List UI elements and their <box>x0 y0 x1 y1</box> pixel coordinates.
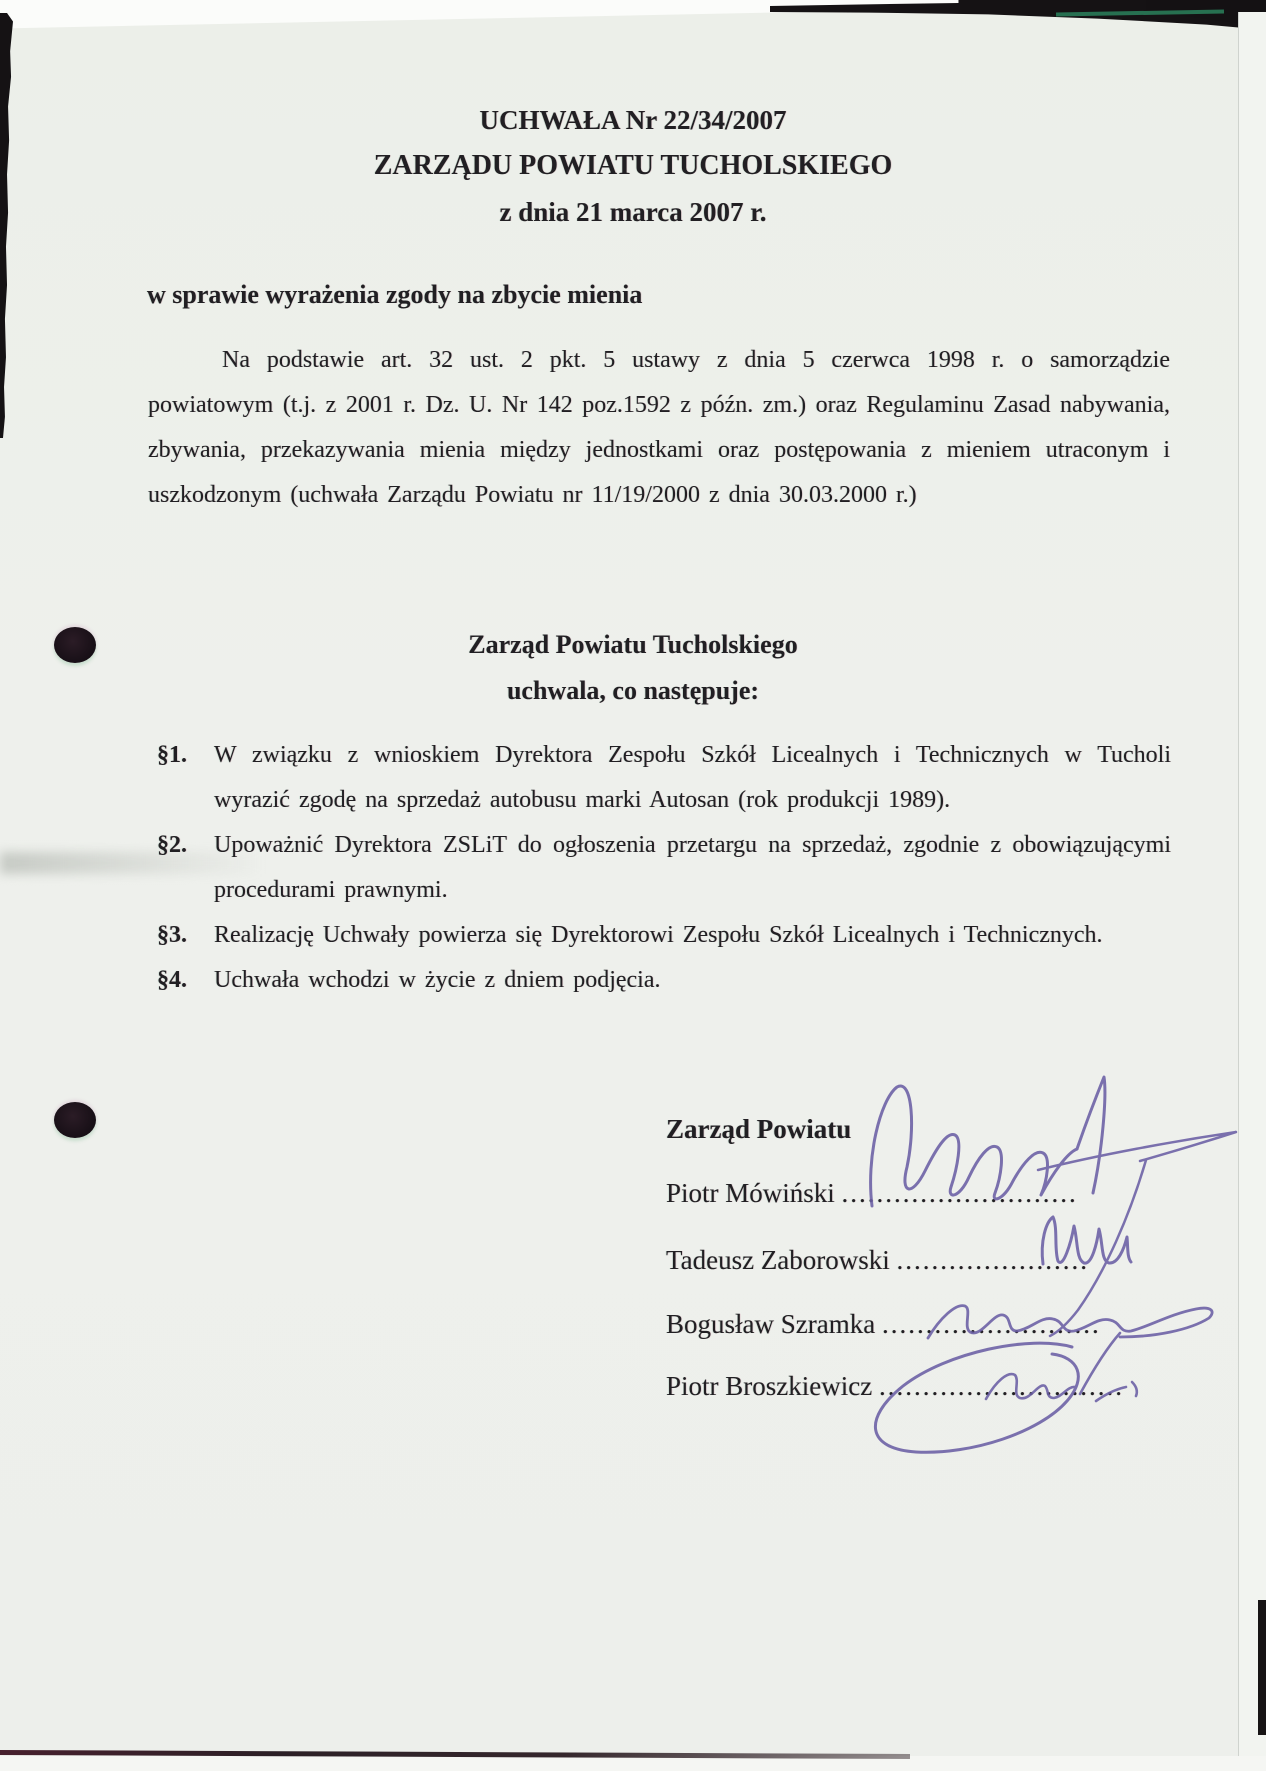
signer-name: Tadeusz Zaborowski <box>666 1245 890 1275</box>
signature-block: Zarząd Powiatu Piotr Mówiński ..........… <box>0 0 1266 1771</box>
signer-row: Piotr Mówiński .........................… <box>666 1176 1078 1210</box>
signer-row: Tadeusz Zaborowski .....................… <box>666 1243 1089 1277</box>
signature-dotted-line: ......................... <box>882 1309 1101 1339</box>
signer-name: Bogusław Szramka <box>666 1309 875 1339</box>
signer-row: Piotr Broszkiewicz .....................… <box>666 1369 1124 1403</box>
signature-dotted-line: ............................ <box>879 1371 1124 1401</box>
signer-row: Bogusław Szramka .......................… <box>666 1307 1101 1341</box>
scanned-document-page: UCHWAŁA Nr 22/34/2007 ZARZĄDU POWIATU TU… <box>0 0 1266 1771</box>
signature-dotted-line: ...........................​ <box>842 1178 1078 1208</box>
signer-name: Piotr Broszkiewicz <box>666 1371 872 1401</box>
signature-dotted-line: ...................... <box>897 1245 1090 1275</box>
signature-heading: Zarząd Powiatu <box>666 1112 851 1146</box>
signer-name: Piotr Mówiński <box>666 1178 835 1208</box>
